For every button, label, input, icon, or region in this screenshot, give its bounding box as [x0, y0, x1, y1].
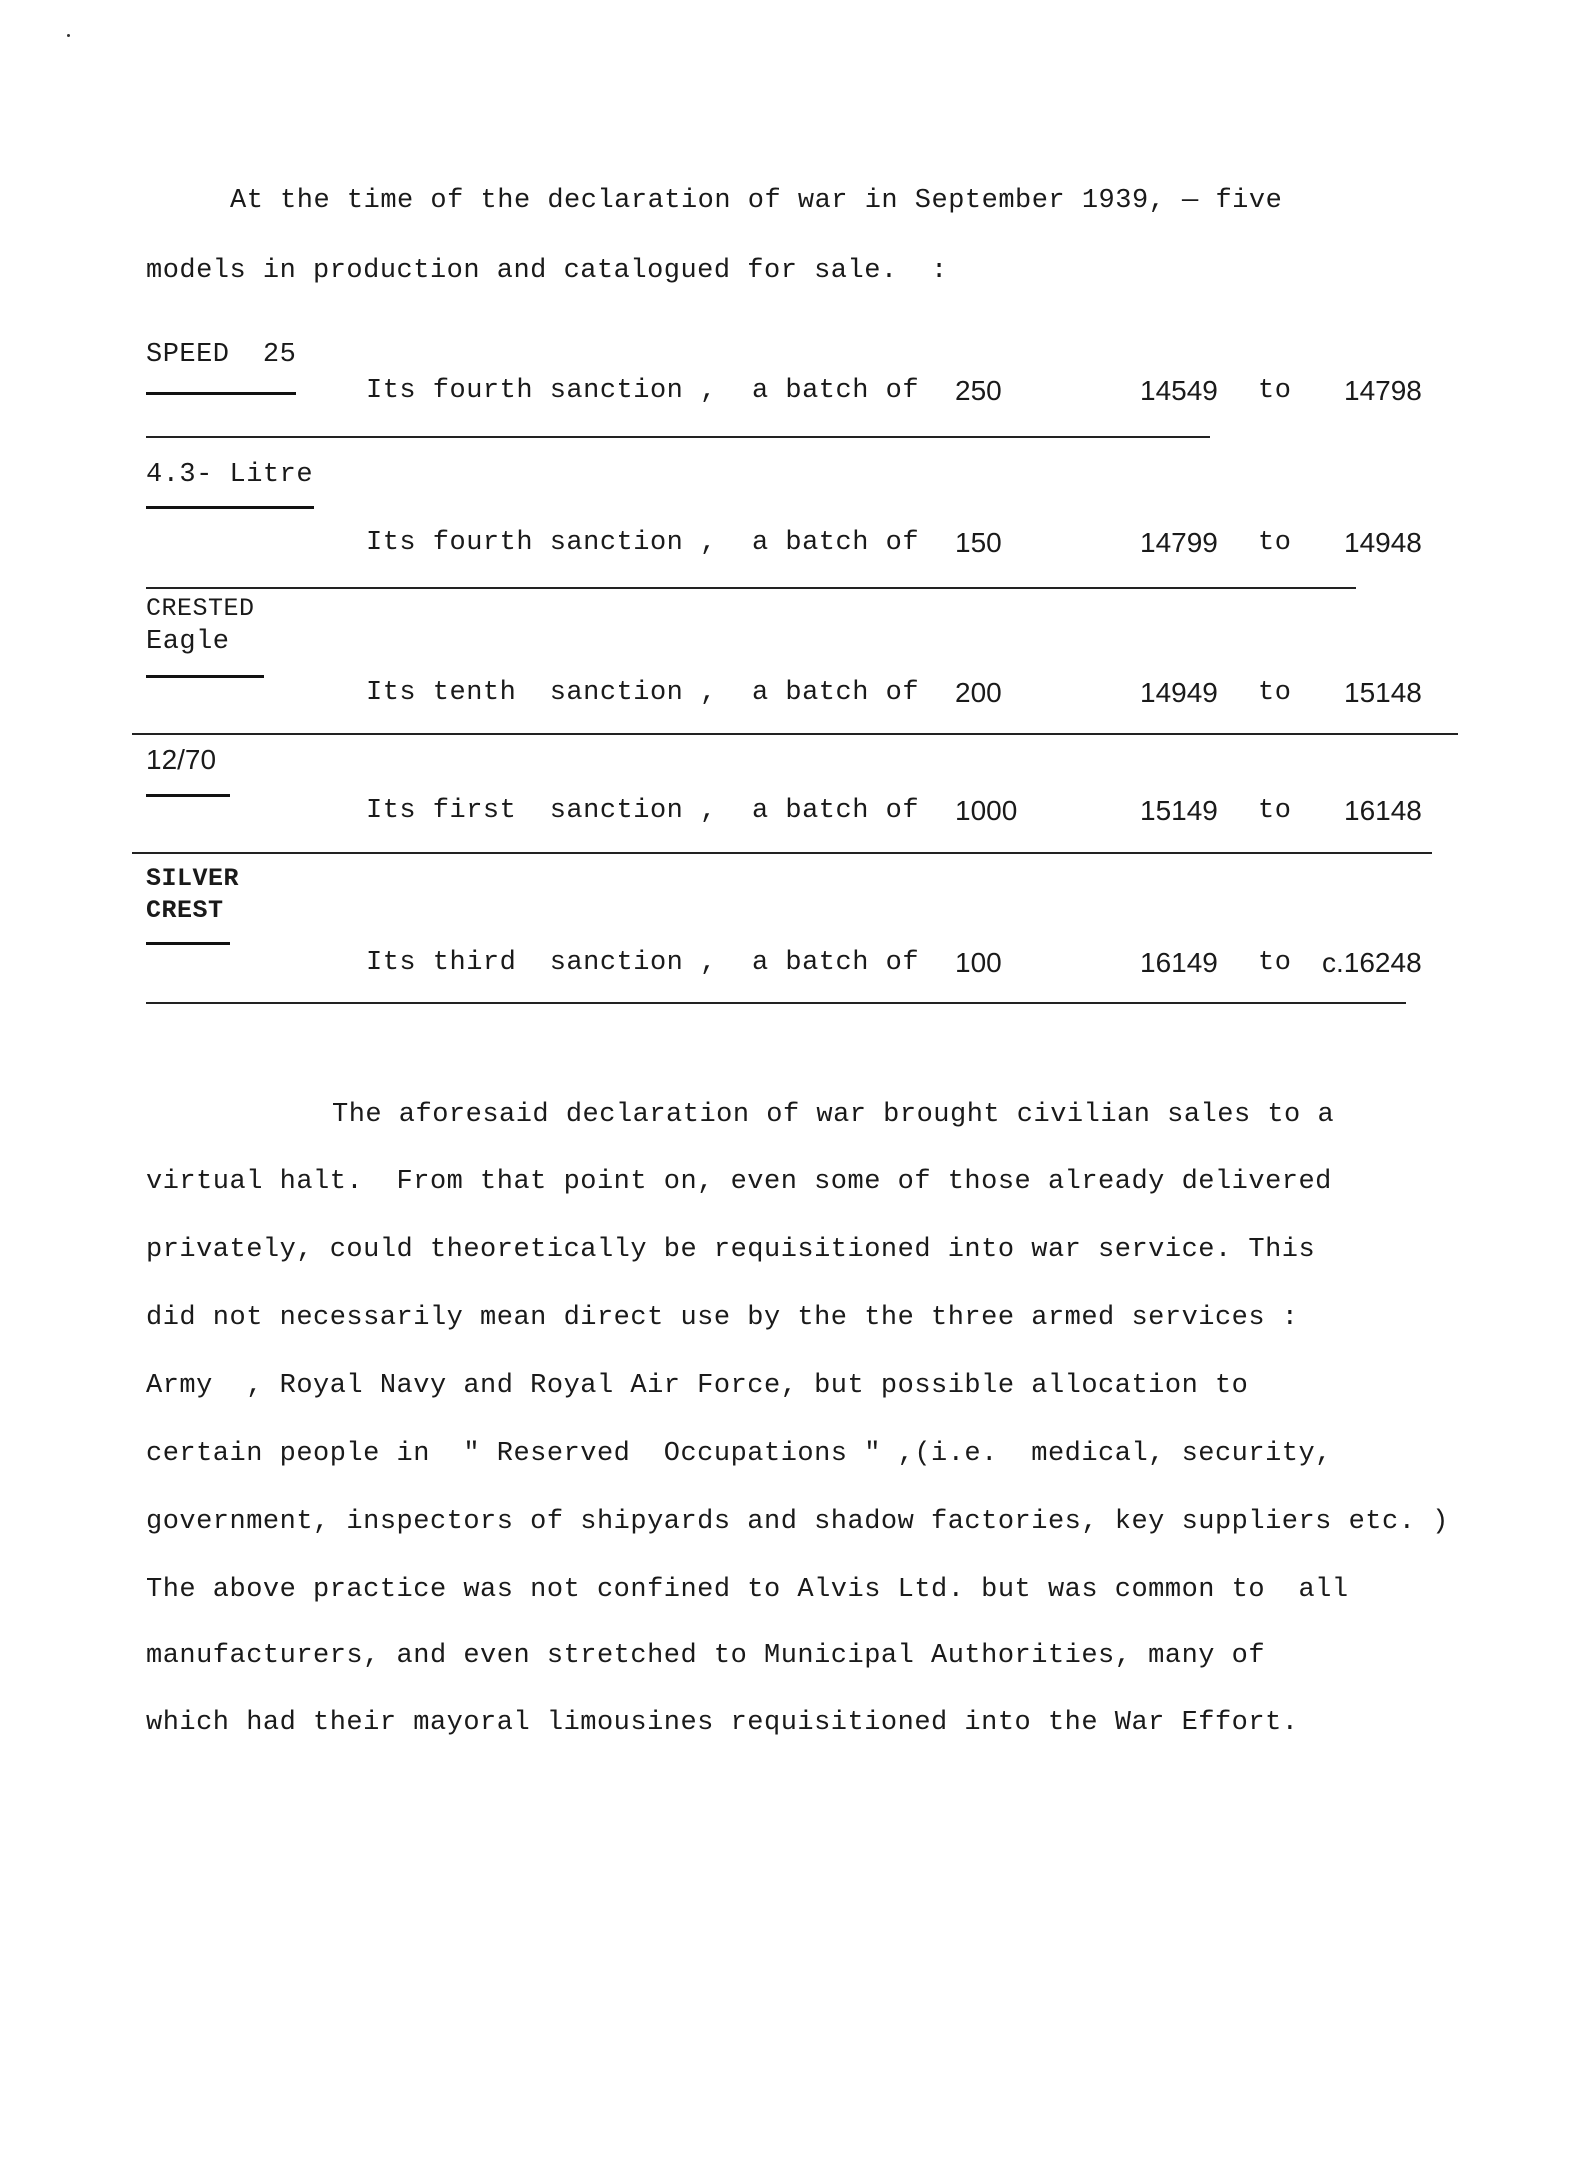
- model-underline: [146, 392, 296, 395]
- paragraph-line: Army , Royal Navy and Royal Air Force, b…: [146, 1371, 1248, 1401]
- model-underline: [146, 675, 264, 678]
- batch-qty: 250: [955, 375, 1002, 407]
- paragraph-line: manufacturers, and even stretched to Mun…: [146, 1641, 1265, 1671]
- intro-line-2: models in production and catalogued for …: [146, 256, 948, 286]
- model-underline: [146, 942, 230, 945]
- paragraph-line: privately, could theoretically be requis…: [146, 1235, 1315, 1265]
- chassis-from: 15149: [1140, 795, 1218, 827]
- to-word: to: [1258, 528, 1291, 558]
- paragraph-line: did not necessarily mean direct use by t…: [146, 1303, 1298, 1333]
- model-name-12-70: 12/70: [146, 744, 216, 776]
- row-divider: [132, 852, 1432, 854]
- scan-speck: [67, 34, 70, 37]
- model-underline: [146, 794, 230, 797]
- chassis-to: 15148: [1344, 677, 1422, 709]
- batch-text: a batch of: [752, 376, 919, 406]
- paragraph-line: certain people in " Reserved Occupations…: [146, 1439, 1332, 1469]
- model-name-speed-25: SPEED 25: [146, 340, 296, 370]
- chassis-from: 16149: [1140, 947, 1218, 979]
- row-divider: [146, 1002, 1406, 1004]
- paragraph-line: virtual halt. From that point on, even s…: [146, 1167, 1332, 1197]
- chassis-to: 14948: [1344, 527, 1422, 559]
- chassis-from: 14799: [1140, 527, 1218, 559]
- batch-text: a batch of: [752, 528, 919, 558]
- row-divider: [132, 733, 1458, 735]
- model-name-crest: CREST: [146, 896, 224, 925]
- model-name-silver: SILVER: [146, 864, 239, 893]
- chassis-to: 14798: [1344, 375, 1422, 407]
- paragraph-line: which had their mayoral limousines requi…: [146, 1708, 1298, 1738]
- batch-qty: 100: [955, 947, 1002, 979]
- to-word: to: [1258, 678, 1291, 708]
- batch-text: a batch of: [752, 678, 919, 708]
- paragraph-line: The aforesaid declaration of war brought…: [332, 1100, 1334, 1130]
- paragraph-line: government, inspectors of shipyards and …: [146, 1507, 1449, 1537]
- chassis-from: 14549: [1140, 375, 1218, 407]
- sanction-text: Its tenth sanction ,: [366, 678, 717, 708]
- model-name-4-3-litre: 4.3- Litre: [146, 460, 313, 490]
- model-name-eagle: Eagle: [146, 627, 230, 657]
- sanction-text: Its third sanction ,: [366, 948, 717, 978]
- model-name-crested: CRESTED: [146, 594, 255, 623]
- chassis-from: 14949: [1140, 677, 1218, 709]
- batch-text: a batch of: [752, 948, 919, 978]
- chassis-to: c.16248: [1322, 947, 1422, 979]
- to-word: to: [1258, 376, 1291, 406]
- to-word: to: [1258, 796, 1291, 826]
- batch-qty: 150: [955, 527, 1002, 559]
- chassis-to: 16148: [1344, 795, 1422, 827]
- batch-text: a batch of: [752, 796, 919, 826]
- model-underline: [146, 506, 314, 509]
- intro-line-1: At the time of the declaration of war in…: [230, 186, 1282, 216]
- batch-qty: 200: [955, 677, 1002, 709]
- paragraph-line: The above practice was not confined to A…: [146, 1575, 1349, 1605]
- sanction-text: Its fourth sanction ,: [366, 528, 717, 558]
- to-word: to: [1258, 948, 1291, 978]
- sanction-text: Its fourth sanction ,: [366, 376, 717, 406]
- row-divider: [146, 436, 1210, 438]
- batch-qty: 1000: [955, 795, 1017, 827]
- row-divider: [146, 587, 1356, 589]
- sanction-text: Its first sanction ,: [366, 796, 717, 826]
